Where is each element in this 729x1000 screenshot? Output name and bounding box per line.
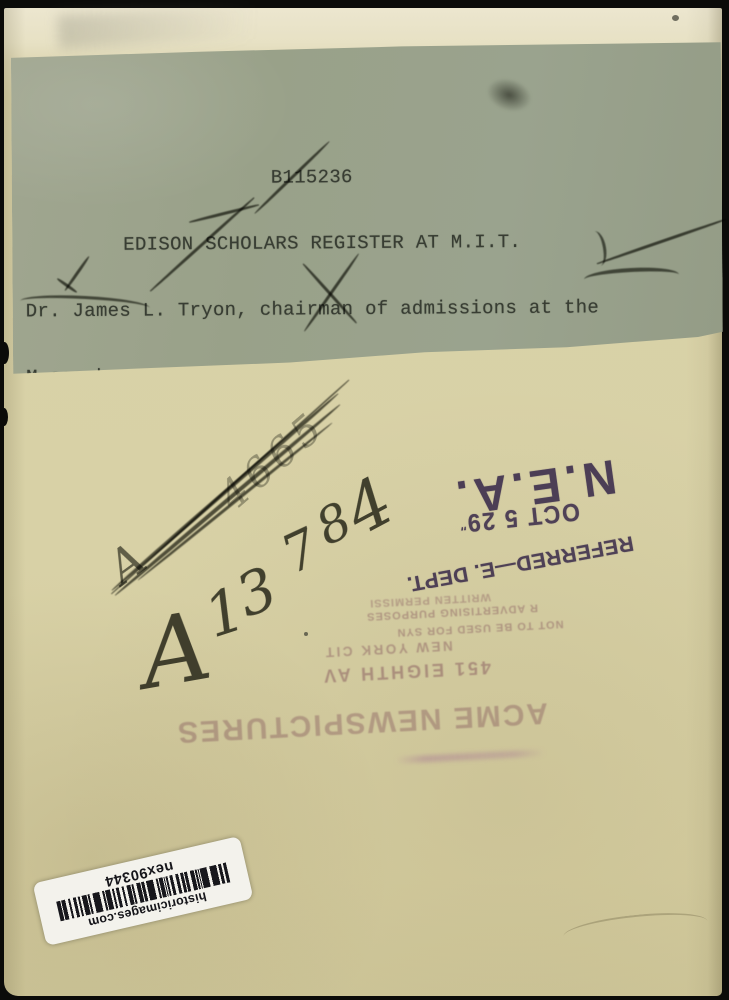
dirt-speck [672,15,679,21]
edge-wedge [0,342,9,364]
pencil-dot [304,632,308,636]
caption-label: B115236 EDISON SCHOLARS REGISTER AT M.I.… [11,40,723,379]
caption-id-number: B115236 [25,164,715,191]
edge-wedge [0,408,8,426]
caption-title: EDISON SCHOLARS REGISTER AT M.I.T. [25,230,715,257]
scan-black-frame: B115236 EDISON SCHOLARS REGISTER AT M.I.… [0,0,729,1000]
ink-smudge [482,73,536,117]
date-stamp-marks: ″ [458,518,467,534]
